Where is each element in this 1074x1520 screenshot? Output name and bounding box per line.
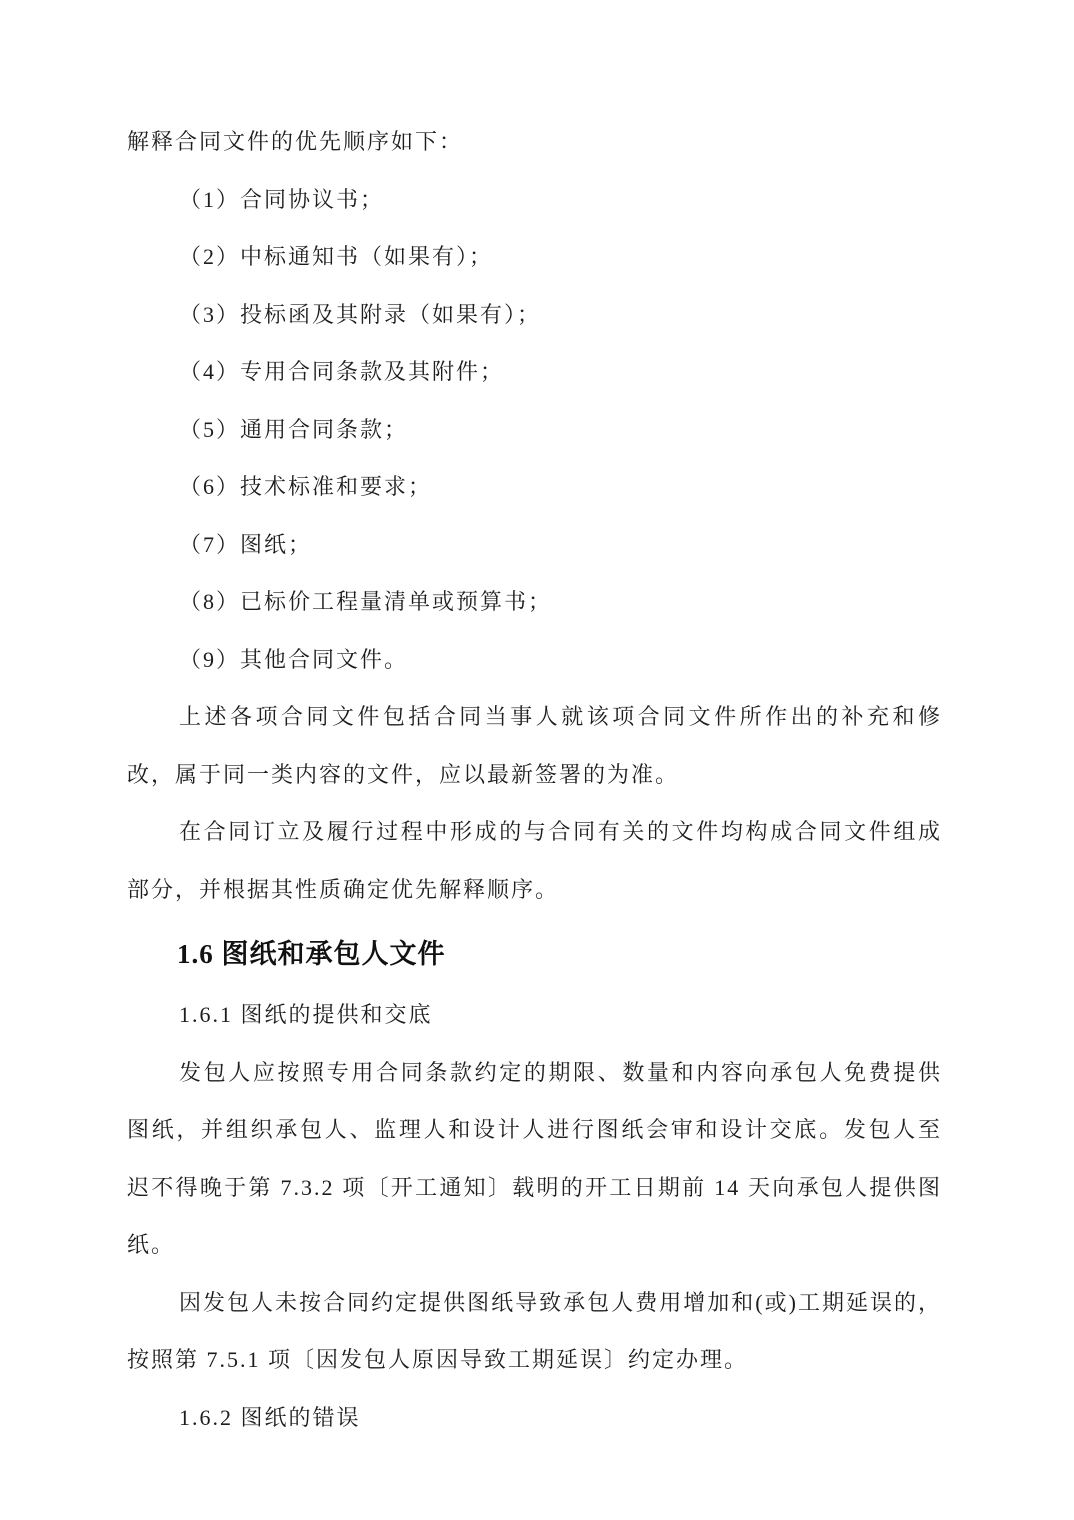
paragraph-documents-formed-during-contract: 在合同订立及履行过程中形成的与合同有关的文件均构成合同文件组成部分，并根据其性质… [127,803,942,918]
subsection-heading-1-6-2: 1.6.2 图纸的错误 [127,1389,942,1447]
list-item-5: （5）通用合同条款； [127,401,942,459]
list-item-8: （8）已标价工程量清单或预算书； [127,573,942,631]
paragraph-drawings-delay-liability: 因发包人未按合同约定提供图纸导致承包人费用增加和(或)工期延误的，按照第 7.5… [127,1274,942,1389]
list-item-7: （7）图纸； [127,516,942,574]
paragraph-priority-intro: 解释合同文件的优先顺序如下： [127,113,942,171]
list-item-6: （6）技术标准和要求； [127,458,942,516]
subsection-heading-1-6-1: 1.6.1 图纸的提供和交底 [127,986,942,1044]
section-heading-1-6: 1.6 图纸和承包人文件 [127,924,942,984]
list-item-4: （4）专用合同条款及其附件； [127,343,942,401]
list-item-1: （1）合同协议书； [127,171,942,229]
list-item-9: （9）其他合同文件。 [127,631,942,689]
list-item-2: （2）中标通知书（如果有）； [127,228,942,286]
list-item-3: （3）投标函及其附录（如果有）； [127,286,942,344]
paragraph-supplements-and-amendments: 上述各项合同文件包括合同当事人就该项合同文件所作出的补充和修改，属于同一类内容的… [127,688,942,803]
contract-document-page: 解释合同文件的优先顺序如下： （1）合同协议书； （2）中标通知书（如果有）； … [0,0,1074,1520]
paragraph-drawings-provision: 发包人应按照专用合同条款约定的期限、数量和内容向承包人免费提供图纸，并组织承包人… [127,1044,942,1274]
